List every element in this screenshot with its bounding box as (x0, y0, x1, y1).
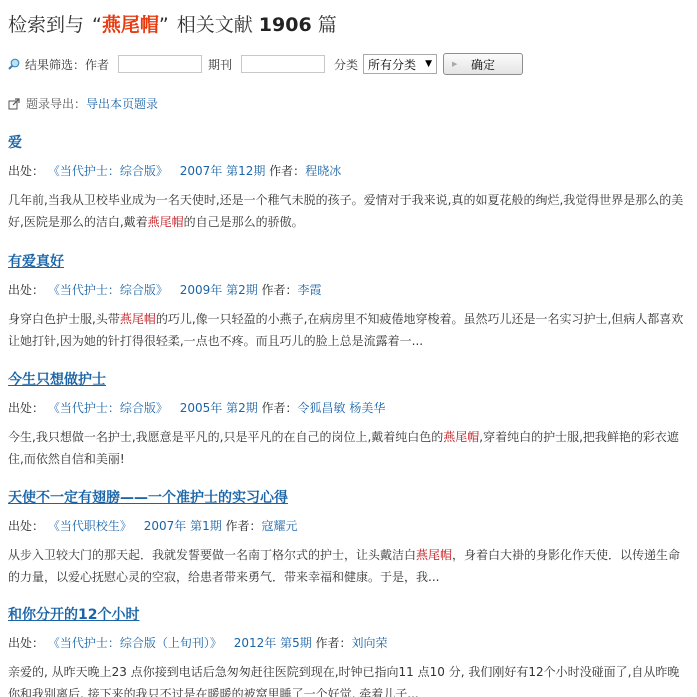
search-icon (8, 58, 20, 70)
author-label: 作者： (316, 636, 352, 650)
author-label: 作者： (226, 519, 262, 533)
search-keyword: 燕尾帽 (102, 14, 159, 36)
year-link[interactable]: 2012年 (234, 636, 277, 650)
dropdown-arrow-icon: ▼ (425, 59, 432, 69)
author-link[interactable]: 程晓冰 (305, 164, 341, 178)
keyword-highlight: 燕尾帽 (120, 312, 156, 326)
result-count: 1906 (259, 14, 312, 36)
keyword-highlight: 燕尾帽 (443, 430, 479, 444)
filter-bar: 结果筛选：作者 期刊 分类 所有分类 ▼ ▶ 确定 (8, 53, 523, 75)
result-abstract: 几年前,当我从卫校毕业成为一名天使时,还是一个稚气未脱的孩子。爱情对于我来说,真… (8, 189, 690, 233)
abstract-text: 身穿白色护士服,头带 (8, 312, 120, 326)
author-link[interactable]: 李霞 (298, 283, 322, 297)
issue-link[interactable]: 第1期 (190, 519, 222, 533)
abstract-text: 亲爱的, 从昨天晚上23 点你接到电话后急匆匆赶往医院到现在,时钟已指向11 点… (8, 665, 679, 697)
result-title-link[interactable]: 爱 (8, 132, 22, 152)
result-meta: 出处： 《当代护士：综合版》 2005年 第2期 作者：令狐昌敏 杨美华 (8, 399, 690, 416)
journal-filter-input[interactable] (241, 55, 325, 73)
author-label: 作者： (262, 401, 298, 415)
abstract-text: 今生,我只想做一名护士,我愿意是平凡的,只是平凡的在自己的岗位上,戴着纯白色的 (8, 430, 443, 444)
result-abstract: 亲爱的, 从昨天晚上23 点你接到电话后急匆匆赶往医院到现在,时钟已指向11 点… (8, 661, 690, 697)
journal-link[interactable]: 《当代护士：综合版》 (48, 401, 168, 415)
author-link[interactable]: 寇耀元 (262, 519, 298, 533)
result-title-link[interactable]: 今生只想做护士 (8, 369, 106, 389)
confirm-button[interactable]: ▶ 确定 (443, 53, 523, 75)
source-label: 出处： (8, 283, 44, 297)
result-item: 和你分开的12个小时 出处： 《当代护士：综合版（上旬刊）》 2012年 第5期… (8, 604, 690, 697)
filter-author-label: 结果筛选：作者 (25, 56, 109, 73)
abstract-text: 从步入卫较大门的那天起．我就发誓要做一名南丁格尔式的护士，让头戴洁白 (8, 548, 416, 562)
issue-link[interactable]: 第12期 (226, 164, 265, 178)
result-item: 天使不一定有翅膀——一个准护士的实习心得 出处： 《当代职校生》 2007年 第… (8, 487, 690, 588)
result-abstract: 从步入卫较大门的那天起．我就发誓要做一名南丁格尔式的护士，让头戴洁白燕尾帽，身着… (8, 544, 690, 588)
results-summary-heading: 检索到与“燕尾帽”相关文献 1906 篇 (8, 10, 337, 37)
keyword-highlight: 燕尾帽 (148, 215, 184, 229)
export-page-link[interactable]: 导出本页题录 (86, 95, 158, 112)
abstract-text: 几年前,当我从卫校毕业成为一名天使时,还是一个稚气未脱的孩子。爱情对于我来说,真… (8, 193, 683, 229)
heading-open-quote: “ (92, 14, 102, 36)
external-link-icon (8, 98, 20, 110)
result-item: 有爱真好 出处： 《当代护士：综合版》 2009年 第2期 作者：李霞 身穿白色… (8, 251, 690, 352)
keyword-highlight: 燕尾帽 (416, 548, 452, 562)
result-meta: 出处： 《当代职校生》 2007年 第1期 作者：寇耀元 (8, 517, 690, 534)
author-link[interactable]: 刘向荣 (352, 636, 388, 650)
category-filter-label: 分类 (334, 56, 358, 73)
result-item: 爱 出处： 《当代护士：综合版》 2007年 第12期 作者：程晓冰 几年前,当… (8, 132, 690, 233)
heading-middle: 相关文献 (177, 14, 253, 36)
category-selected-value: 所有分类 (368, 56, 416, 73)
year-link[interactable]: 2007年 (180, 164, 223, 178)
heading-suffix: 篇 (318, 14, 337, 36)
author-link[interactable]: 杨美华 (349, 401, 385, 415)
source-label: 出处： (8, 636, 44, 650)
issue-link[interactable]: 第2期 (226, 283, 258, 297)
source-label: 出处： (8, 519, 44, 533)
author-filter-input[interactable] (118, 55, 202, 73)
category-select[interactable]: 所有分类 ▼ (363, 54, 437, 74)
year-link[interactable]: 2007年 (144, 519, 187, 533)
source-label: 出处： (8, 401, 44, 415)
year-link[interactable]: 2005年 (180, 401, 223, 415)
result-abstract: 今生,我只想做一名护士,我愿意是平凡的,只是平凡的在自己的岗位上,戴着纯白色的燕… (8, 426, 690, 470)
source-label: 出处： (8, 164, 44, 178)
result-title-link[interactable]: 和你分开的12个小时 (8, 604, 139, 624)
result-item: 今生只想做护士 出处： 《当代护士：综合版》 2005年 第2期 作者：令狐昌敏… (8, 369, 690, 470)
result-meta: 出处： 《当代护士：综合版》 2007年 第12期 作者：程晓冰 (8, 162, 690, 179)
journal-link[interactable]: 《当代护士：综合版》 (48, 283, 168, 297)
result-title-link[interactable]: 天使不一定有翅膀——一个准护士的实习心得 (8, 487, 288, 507)
issue-link[interactable]: 第2期 (226, 401, 258, 415)
result-abstract: 身穿白色护士服,头带燕尾帽的巧儿,像一只轻盈的小燕子,在病房里不知疲倦地穿梭着。… (8, 308, 690, 352)
author-label: 作者： (262, 283, 298, 297)
author-link[interactable]: 令狐昌敏 (298, 401, 346, 415)
author-label: 作者： (269, 164, 305, 178)
year-link[interactable]: 2009年 (180, 283, 223, 297)
abstract-text: 的自己是那么的骄傲。 (184, 215, 304, 229)
result-meta: 出处： 《当代护士：综合版（上旬刊）》 2012年 第5期 作者：刘向荣 (8, 634, 690, 651)
journal-link[interactable]: 《当代职校生》 (48, 519, 132, 533)
journal-link[interactable]: 《当代护士：综合版》 (48, 164, 168, 178)
journal-link[interactable]: 《当代护士：综合版（上旬刊）》 (48, 636, 222, 650)
result-meta: 出处： 《当代护士：综合版》 2009年 第2期 作者：李霞 (8, 281, 690, 298)
export-bar: 题录导出： 导出本页题录 (8, 95, 158, 112)
issue-link[interactable]: 第5期 (280, 636, 312, 650)
result-title-link[interactable]: 有爱真好 (8, 251, 64, 271)
journal-filter-label: 期刊 (208, 56, 232, 73)
play-triangle-icon: ▶ (452, 60, 457, 68)
heading-close-quote: ” (159, 14, 169, 36)
export-label: 题录导出： (26, 95, 86, 112)
heading-prefix: 检索到与 (8, 14, 84, 36)
